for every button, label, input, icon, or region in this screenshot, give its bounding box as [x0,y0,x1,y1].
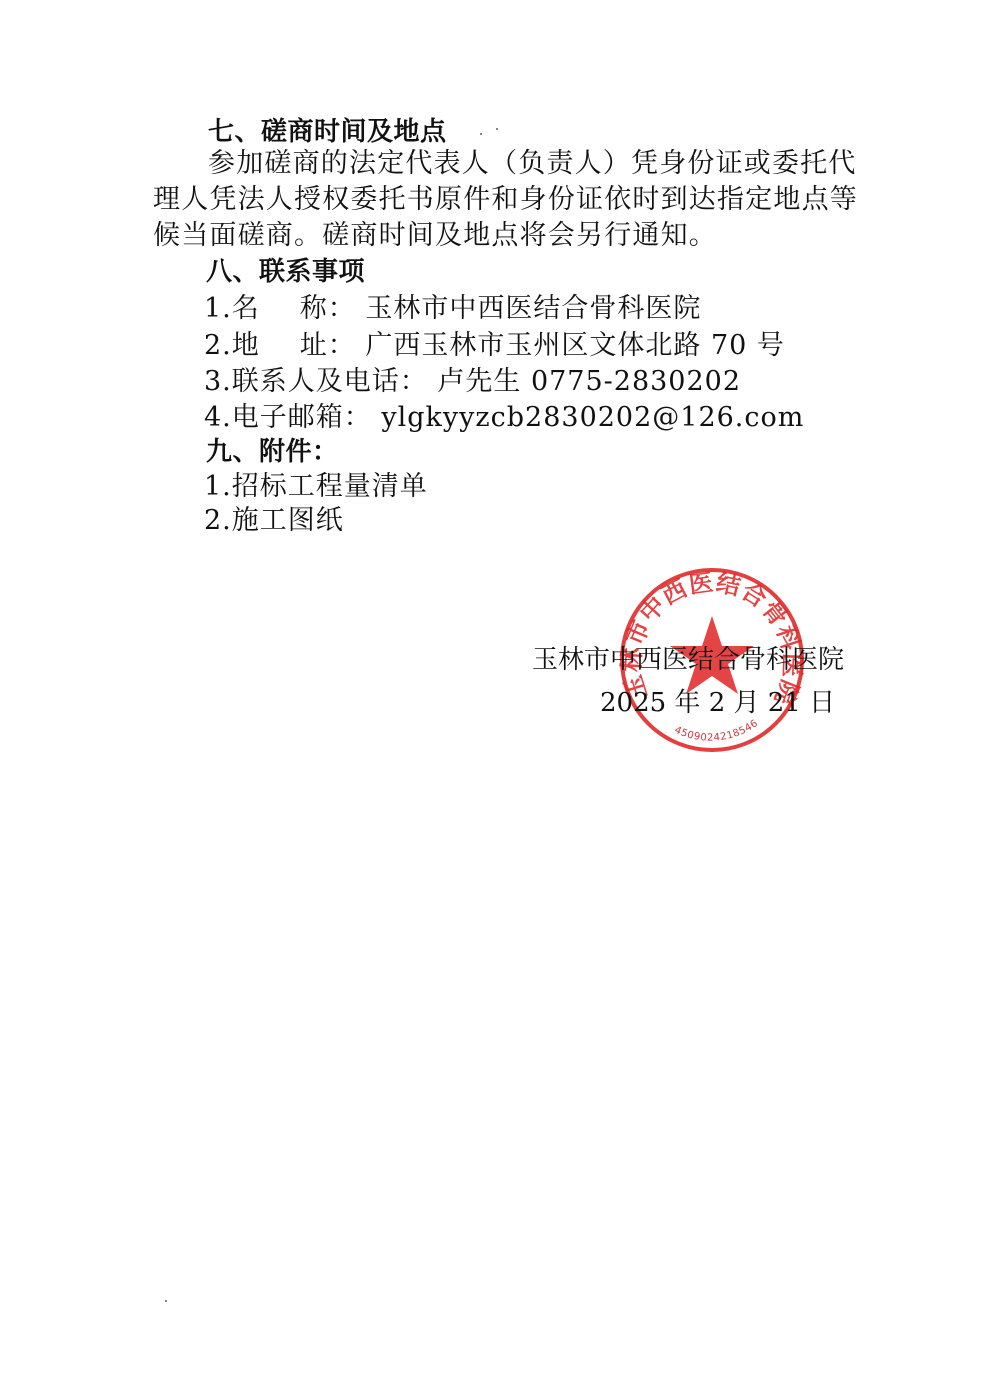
attachment-item-1: 1.招标工程量清单 [204,469,428,505]
section-7-heading: 七、磋商时间及地点 [208,114,447,150]
stamp-code: 4509024218546 [673,718,761,744]
scan-speck [165,1300,167,1302]
contact-person-label: 3.联系人及电话： [204,366,428,397]
contact-address-label-b: 址： [300,330,356,361]
section-9-heading: 九、附件： [206,434,339,470]
contact-name-row: 1.名称： 玉林市中西医结合骨科医院 [204,291,701,327]
svg-text:4509024218546: 4509024218546 [673,718,761,744]
attachment-item-2: 2.施工图纸 [204,503,344,539]
contact-name-label-a: 1.名 [204,293,260,324]
contact-name-label-b: 称： [300,293,356,324]
contact-email-row: 4.电子邮箱： ylgkyyzcb2830202@126.com [204,400,804,436]
contact-address-label-a: 2.地 [204,330,260,361]
contact-email-label: 4.电子邮箱： [204,402,372,433]
contact-person-value: 卢先生 0775-2830202 [437,366,741,397]
section-8-heading: 八、联系事项 [206,254,365,290]
contact-email-value: ylgkyyzcb2830202@126.com [381,402,804,433]
signature-date: 2025 年 2 月 21 日 [600,685,835,721]
signature-organization: 玉林市中西医结合骨科医院 [532,642,844,678]
document-page: 七、磋商时间及地点 参加磋商的法定代表人（负责人）凭身份证或委托代 理人凭法人授… [0,0,1000,1386]
scan-speck [480,133,482,135]
contact-address-row: 2.地址： 广西玉林市玉州区文体北路 70 号 [204,328,785,364]
section-7-line-3: 候当面磋商。磋商时间及地点将会另行通知。 [153,218,717,254]
section-7-line-1: 参加磋商的法定代表人（负责人）凭身份证或委托代 [208,146,857,182]
contact-name-value: 玉林市中西医结合骨科医院 [365,293,701,324]
section-7-line-2: 理人凭法人授权委托书原件和身份证依时到达指定地点等 [153,182,858,218]
contact-address-value: 广西玉林市玉州区文体北路 70 号 [365,330,785,361]
contact-person-row: 3.联系人及电话： 卢先生 0775-2830202 [204,364,741,400]
scan-speck [496,128,498,130]
